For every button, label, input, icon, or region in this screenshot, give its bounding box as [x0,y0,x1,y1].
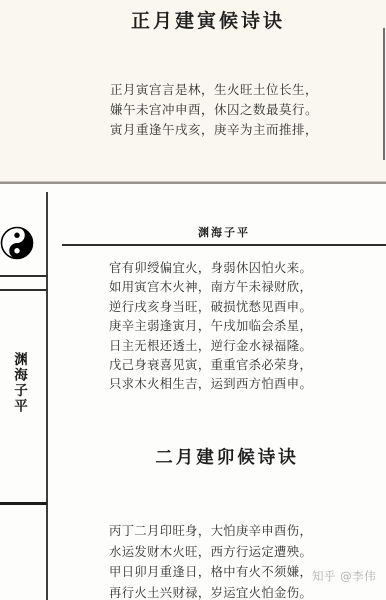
page-right-border [383,28,385,160]
spine-horizontal-rule [0,275,47,277]
verse-block-first-month: 正月寅宫言是林，生火旺土位长生， 嫌午未宫冲申酉，休囚之数最莫行。 寅月重逢午戌… [110,80,318,140]
verse-line: 日主无根还透土，逆行金水禄福隆。 [109,337,312,356]
zhihu-watermark: 知乎 @李伟 [312,568,376,584]
spine-vertical-border [46,192,48,600]
spine-horizontal-rule [0,502,47,505]
top-page-scan: 正月建寅候诗诀 正月寅宫言是林，生火旺土位长生， 嫌午未宫冲申酉，休囚之数最莫行… [0,0,386,181]
verse-line: 寅月重逢午戌亥，庚辛为主而推排， [110,120,318,140]
chapter-title-second-month: 二月建卯候诗诀 [68,444,386,469]
verse-line: 逆行戌亥身当旺，破损忧愁见酉申。 [109,298,312,317]
bottom-page-scan: 渊海子平 渊海子平 官有卯绶偏宜火，身弱休囚怕火来。 如用寅宫木火神，南方午未禄… [0,184,386,600]
verse-line: 官有卯绶偏宜火，身弱休囚怕火来。 [109,259,312,278]
verse-line: 如用寅宫木火神，南方午未禄财欣， [109,278,312,297]
spine-book-title: 渊海子平 [9,352,29,422]
yin-yang-icon [0,226,34,260]
verse-line: 丙丁二月印旺身，大怕庚辛申酉伤， [109,521,312,542]
verse-line: 庚辛主弱逢寅月，午戌加临会杀星， [109,317,312,336]
running-header-rule [62,244,386,246]
verse-line: 甲日卯月重逢日，格中有火不须嫌， [109,562,312,583]
verse-block-second-month: 丙丁二月印旺身，大怕庚辛申酉伤， 水运发财木火旺，西方行运定遭殃。 甲日卯月重逢… [109,521,312,600]
verse-block-continued: 官有卯绶偏宜火，身弱休囚怕火来。 如用寅宫木火神，南方午未禄财欣， 逆行戌亥身当… [109,259,312,395]
verse-line: 正月寅宫言是林，生火旺土位长生， [110,80,318,100]
verse-line: 嫌午未宫冲申酉，休囚之数最莫行。 [110,100,318,120]
running-header-book-title: 渊海子平 [62,224,386,240]
spine-horizontal-rule [0,289,47,291]
book-scan-screenshot: 正月建寅候诗诀 正月寅宫言是林，生火旺土位长生， 嫌午未宫冲申酉，休囚之数最莫行… [0,0,386,600]
verse-line: 只求木火相生吉，运到西方怕酉申。 [109,375,312,394]
verse-line: 水运发财木火旺，西方行运定遭殃。 [109,542,312,563]
verse-line: 再行火土兴财禄，岁运宜火怕金伤。 [109,583,312,600]
verse-line: 戊己身衰喜见寅，重重官杀必荣身， [109,356,312,375]
chapter-title-first-month: 正月建寅候诗诀 [30,6,386,33]
